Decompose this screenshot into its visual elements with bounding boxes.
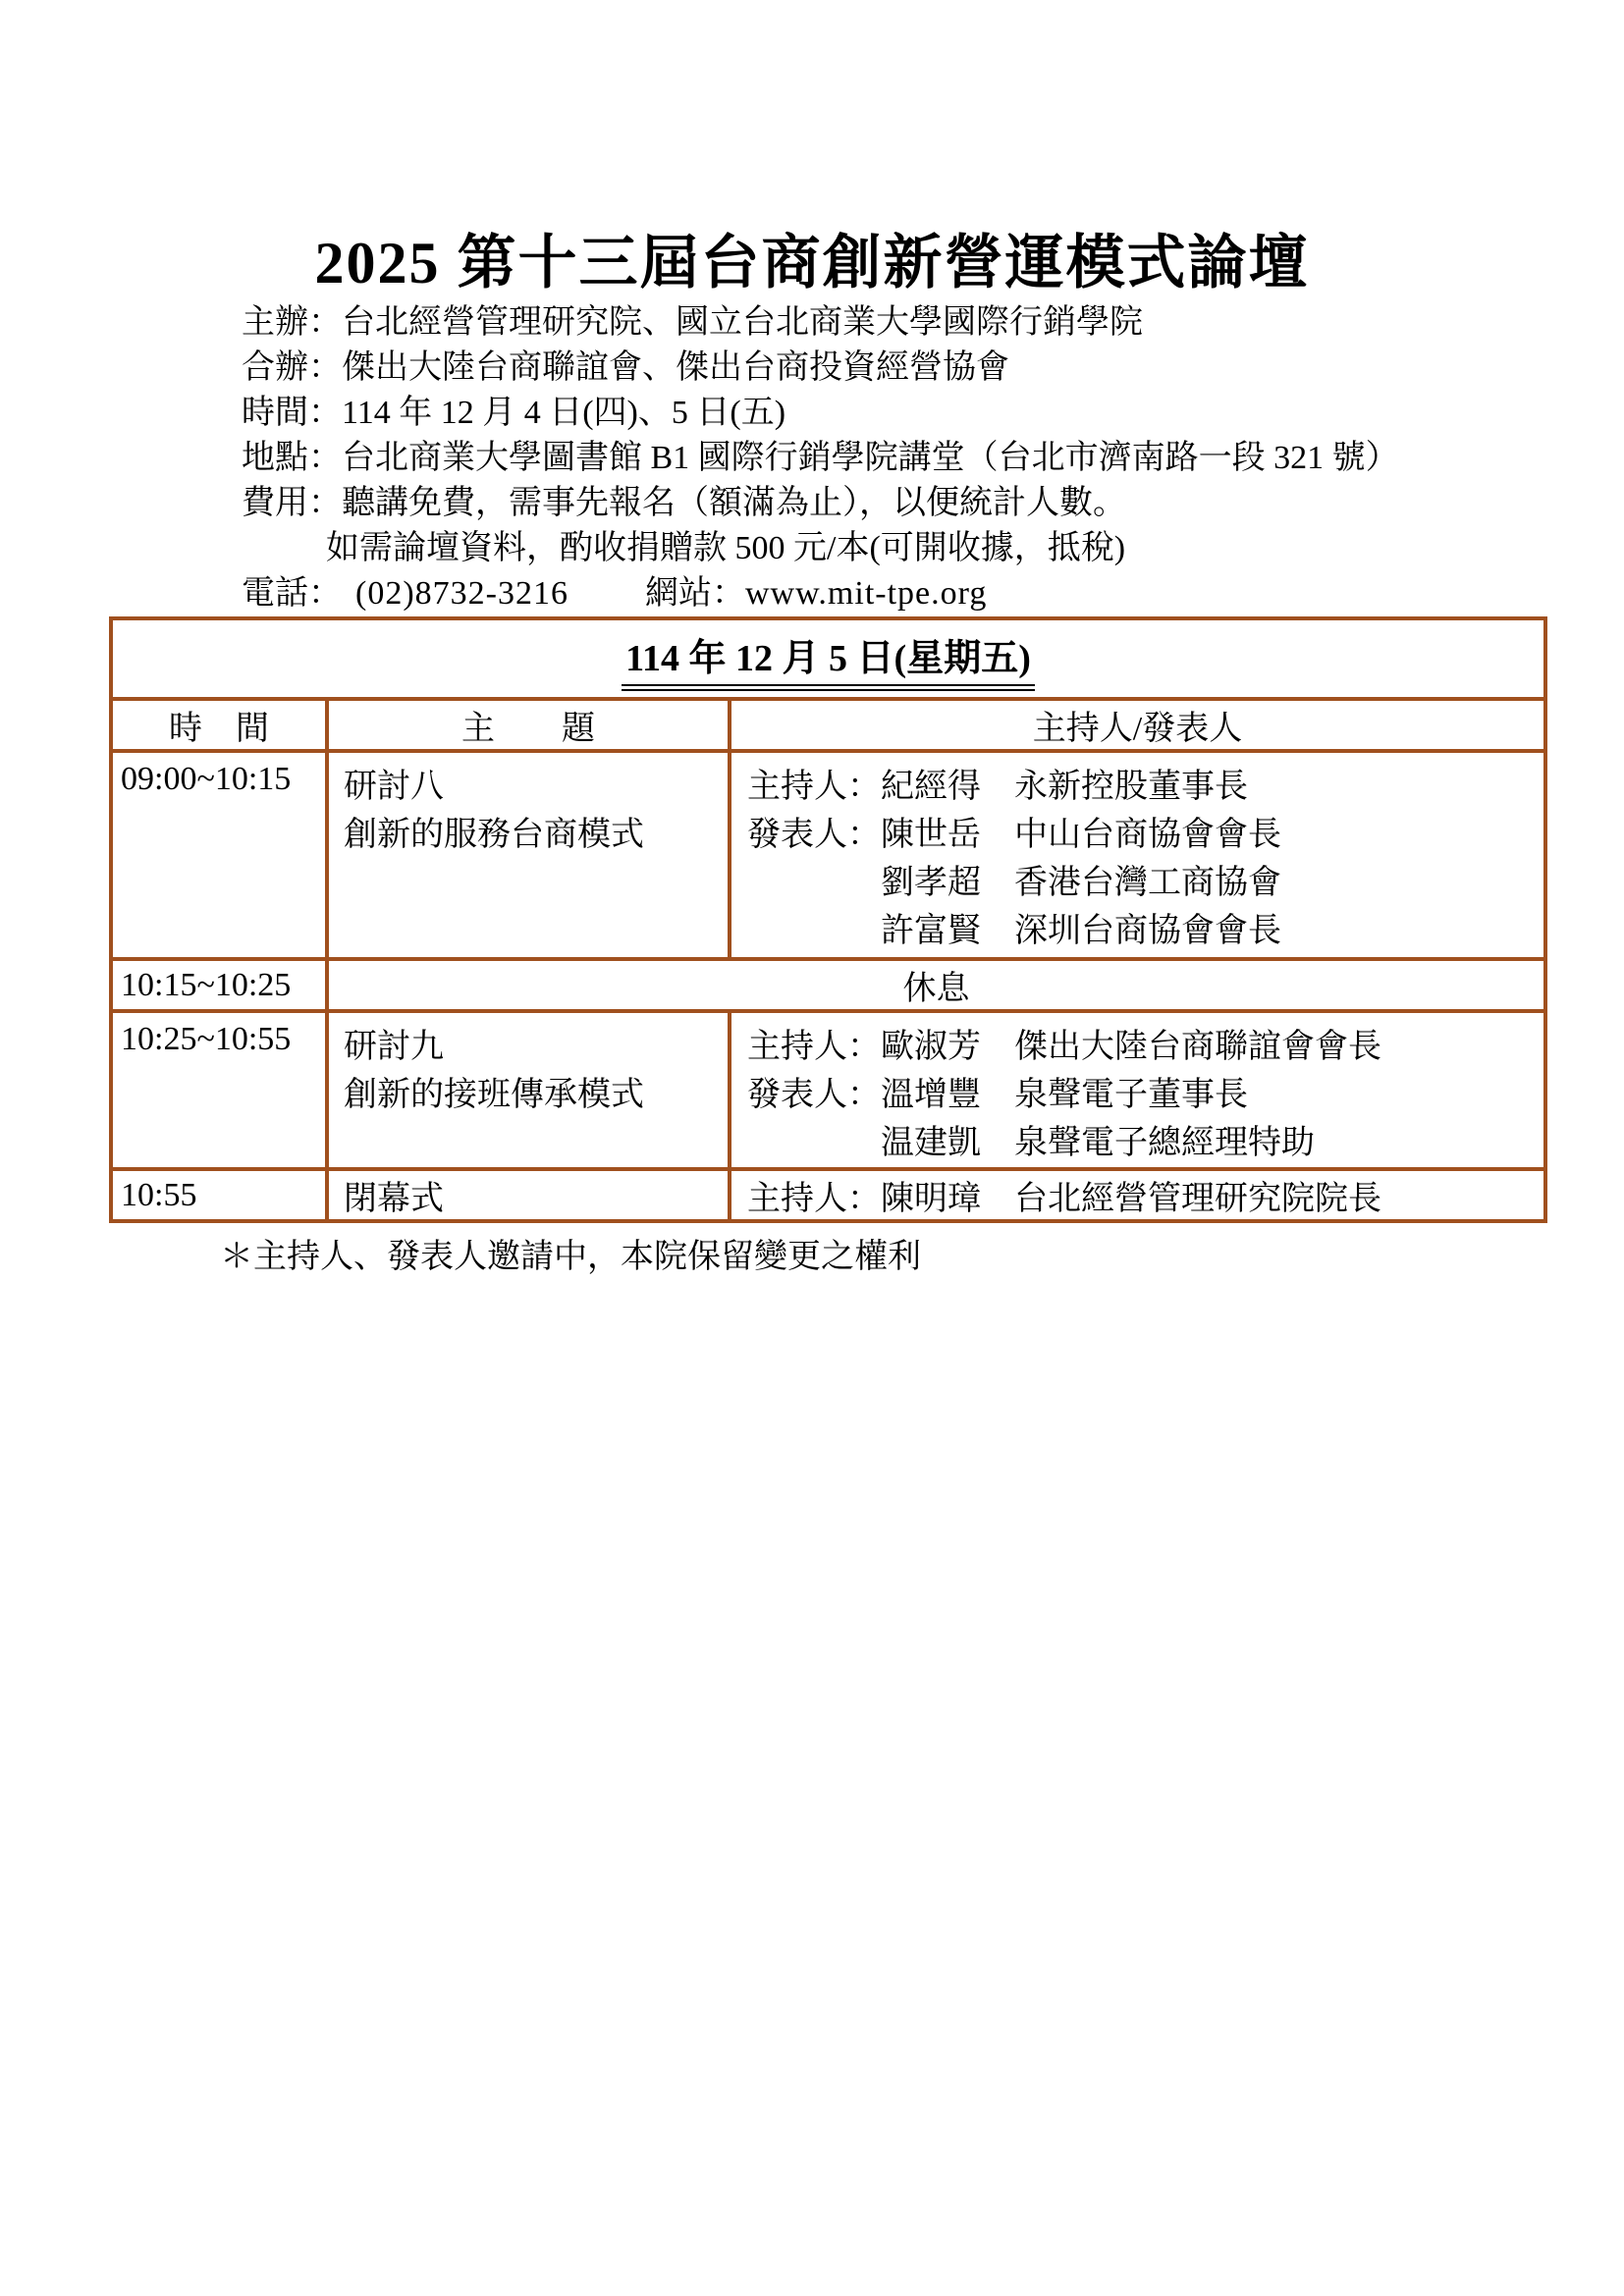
- person-title: 泉聲電子總經理特助: [1014, 1125, 1315, 1161]
- person-title: 深圳台商協會會長: [1014, 913, 1281, 949]
- closing-topic: 閉幕式: [327, 1169, 730, 1221]
- person-line: 主持人：紀經得永新控股董事長: [747, 763, 1540, 811]
- column-header-row: 時 間 主 題 主持人/發表人: [111, 699, 1545, 751]
- time-label: 時間：: [242, 391, 342, 436]
- person-role: 主持人：: [747, 1023, 881, 1071]
- session1-row: 09:00~10:15 研討八 創新的服務台商模式 主持人：紀經得永新控股董事長…: [111, 751, 1545, 959]
- session2-people: 主持人：歐淑芳傑出大陸台商聯誼會會長 發表人：溫增豐泉聲電子董事長 温建凱泉聲電…: [730, 1011, 1545, 1169]
- session2-topic: 研討九 創新的接班傳承模式: [327, 1011, 730, 1169]
- person-role: 主持人：: [747, 763, 881, 811]
- column-header-people: 主持人/發表人: [730, 699, 1545, 751]
- person-line: 温建凱泉聲電子總經理特助: [747, 1119, 1540, 1167]
- closing-time: 10:55: [111, 1169, 327, 1221]
- coorganizer-text: 傑出大陸台商聯誼會、傑出台商投資經營協會: [342, 349, 1009, 386]
- person-name: 温建凱: [881, 1119, 1014, 1167]
- fee-label: 費用：: [242, 481, 342, 526]
- session1-topic: 研討八 創新的服務台商模式: [327, 751, 730, 959]
- info-line-organizer: 主辦：台北經營管理研究院、國立台北商業大學國際行銷學院: [242, 300, 1399, 346]
- session1-people: 主持人：紀經得永新控股董事長 發表人：陳世岳中山台商協會會長 劉孝超香港台灣工商…: [730, 751, 1545, 959]
- organizer-text: 台北經營管理研究院、國立台北商業大學國際行銷學院: [342, 304, 1143, 341]
- person-title: 永新控股董事長: [1014, 769, 1248, 805]
- session2-topic-line1: 研討九: [344, 1023, 724, 1071]
- person-line: 發表人：陳世岳中山台商協會會長: [747, 811, 1540, 859]
- schedule-table: 114 年 12 月 5 日(星期五) 時 間 主 題 主持人/發表人 09:0…: [109, 616, 1547, 1223]
- fee-note-text: 如需論壇資料，酌收捐贈款 500 元/本(可開收據，抵稅): [326, 530, 1125, 566]
- info-line-contact: 電話：(02)8732-3216網站：www.mit-tpe.org: [242, 571, 1399, 616]
- person-role: 主持人：: [747, 1171, 881, 1219]
- person-line: 主持人：陳明璋台北經營管理研究院院長: [747, 1171, 1540, 1219]
- phone-label: 電話：: [242, 571, 342, 616]
- person-name: 紀經得: [881, 763, 1014, 811]
- website-url: www.mit-tpe.org: [745, 575, 987, 612]
- break-time: 10:15~10:25: [111, 959, 327, 1011]
- fee-text: 聽講免費，需事先報名（額滿為止），以便統計人數。: [342, 485, 1126, 521]
- footnote: ＊主持人、發表人邀請中，本院保留變更之權利: [220, 1235, 921, 1280]
- person-name: 溫增豐: [881, 1071, 1014, 1119]
- info-line-fee-note: 如需論壇資料，酌收捐贈款 500 元/本(可開收據，抵稅): [242, 526, 1399, 571]
- person-role: 發表人：: [747, 1071, 881, 1119]
- location-text: 台北商業大學圖書館 B1 國際行銷學院講堂（台北市濟南路一段 321 號）: [342, 440, 1399, 476]
- document-page: 2025 第十三屆台商創新營運模式論壇 主辦：台北經營管理研究院、國立台北商業大…: [0, 0, 1624, 2296]
- person-name: 劉孝超: [881, 859, 1014, 907]
- person-line: 劉孝超香港台灣工商協會: [747, 859, 1540, 907]
- person-line: 許富賢深圳台商協會會長: [747, 907, 1540, 955]
- info-line-location: 地點：台北商業大學圖書館 B1 國際行銷學院講堂（台北市濟南路一段 321 號）: [242, 436, 1399, 481]
- session1-time: 09:00~10:15: [111, 751, 327, 959]
- session1-topic-line2: 創新的服務台商模式: [344, 811, 724, 859]
- person-title: 中山台商協會會長: [1014, 817, 1281, 853]
- date-header-cell: 114 年 12 月 5 日(星期五): [111, 618, 1545, 699]
- location-label: 地點：: [242, 436, 342, 481]
- page-title: 2025 第十三屆台商創新營運模式論壇: [0, 216, 1624, 300]
- break-label: 休息: [327, 959, 1545, 1011]
- organizer-label: 主辦：: [242, 300, 342, 346]
- info-line-coorganizer: 合辦：傑出大陸台商聯誼會、傑出台商投資經營協會: [242, 346, 1399, 391]
- person-name: 歐淑芳: [881, 1023, 1014, 1071]
- person-line: 發表人：溫增豐泉聲電子董事長: [747, 1071, 1540, 1119]
- person-title: 香港台灣工商協會: [1014, 865, 1281, 901]
- phone-number: (02)8732-3216: [355, 575, 568, 612]
- person-line: 主持人：歐淑芳傑出大陸台商聯誼會會長: [747, 1023, 1540, 1071]
- info-line-time: 時間：114 年 12 月 4 日(四)、5 日(五): [242, 391, 1399, 436]
- closing-row: 10:55 閉幕式 主持人：陳明璋台北經營管理研究院院長: [111, 1169, 1545, 1221]
- person-title: 泉聲電子董事長: [1014, 1077, 1248, 1113]
- person-title: 傑出大陸台商聯誼會會長: [1014, 1029, 1381, 1065]
- closing-people: 主持人：陳明璋台北經營管理研究院院長: [730, 1169, 1545, 1221]
- person-title: 台北經營管理研究院院長: [1014, 1181, 1381, 1217]
- column-header-topic: 主 題: [327, 699, 730, 751]
- session1-topic-line1: 研討八: [344, 763, 724, 811]
- person-role: 發表人：: [747, 811, 881, 859]
- coorganizer-label: 合辦：: [242, 346, 342, 391]
- column-header-time: 時 間: [111, 699, 327, 751]
- date-header-row: 114 年 12 月 5 日(星期五): [111, 618, 1545, 699]
- break-row: 10:15~10:25 休息: [111, 959, 1545, 1011]
- date-header-text: 114 年 12 月 5 日(星期五): [622, 627, 1035, 691]
- session2-row: 10:25~10:55 研討九 創新的接班傳承模式 主持人：歐淑芳傑出大陸台商聯…: [111, 1011, 1545, 1169]
- person-name: 許富賢: [881, 907, 1014, 955]
- website-label: 網站：: [645, 575, 745, 612]
- session2-time: 10:25~10:55: [111, 1011, 327, 1169]
- time-text: 114 年 12 月 4 日(四)、5 日(五): [342, 395, 785, 431]
- person-name: 陳明璋: [881, 1171, 1014, 1219]
- person-name: 陳世岳: [881, 811, 1014, 859]
- info-block: 主辦：台北經營管理研究院、國立台北商業大學國際行銷學院 合辦：傑出大陸台商聯誼會…: [242, 300, 1399, 616]
- info-line-fee: 費用：聽講免費，需事先報名（額滿為止），以便統計人數。: [242, 481, 1399, 526]
- session2-topic-line2: 創新的接班傳承模式: [344, 1071, 724, 1119]
